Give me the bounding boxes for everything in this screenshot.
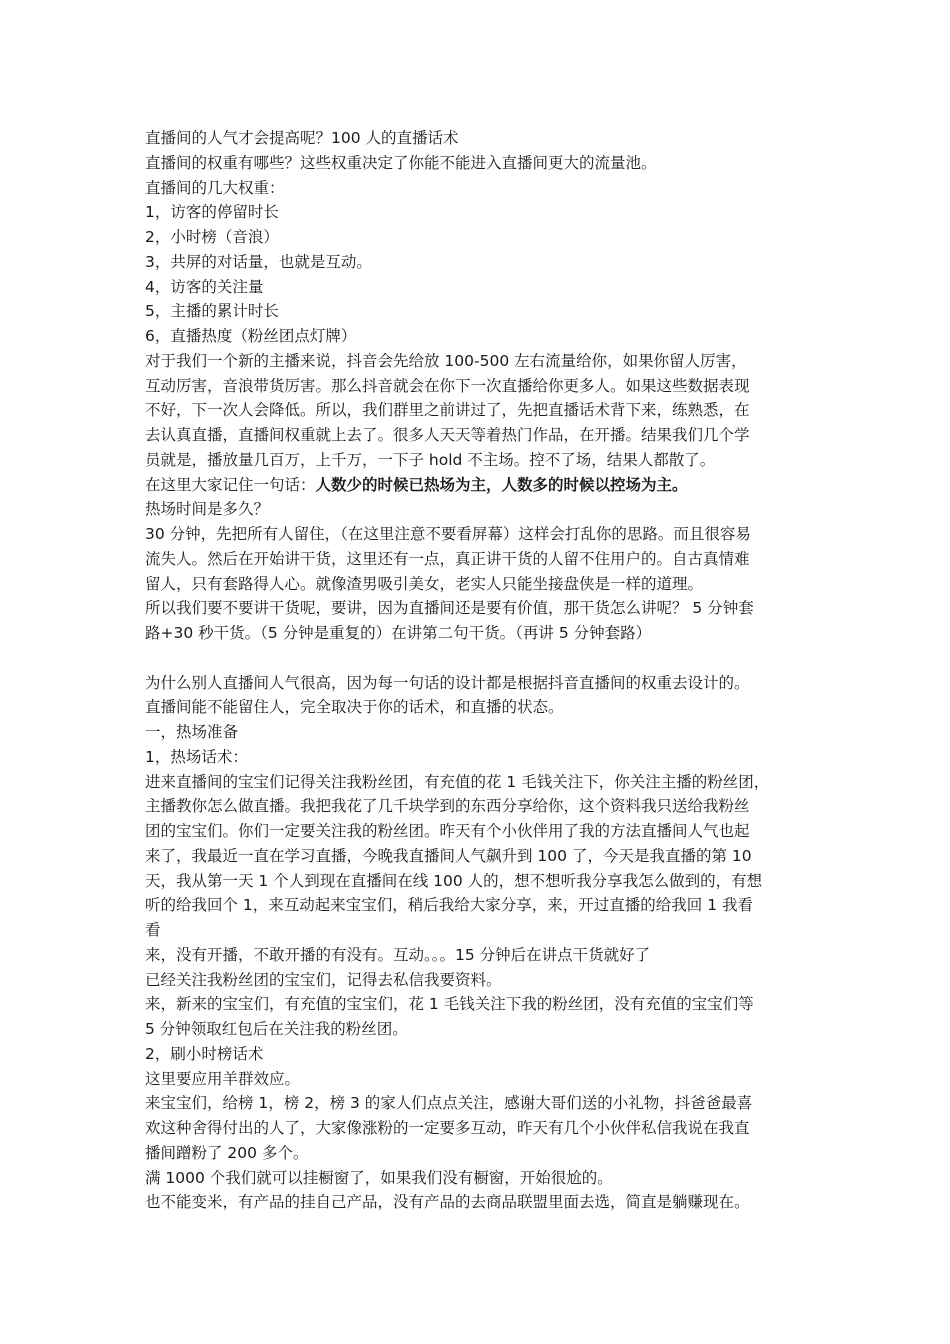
text-line: 满 1000 个我们就可以挂橱窗了，如果我们没有橱窗，开始很尬的。 bbox=[145, 1166, 825, 1191]
text-line: 不好，下一次人会降低。所以，我们群里之前讲过了，先把直播话术背下来，练熟悉，在 bbox=[145, 398, 825, 423]
text-line: 对于我们一个新的主播来说，抖音会先给放 100-500 左右流量给你，如果你留人… bbox=[145, 349, 825, 374]
text-line: 留人，只有套路得人心。就像渣男吸引美女，老实人只能坐接盘侠是一样的道理。 bbox=[145, 572, 825, 597]
subsection-heading: 2，刷小时榜话术 bbox=[145, 1042, 825, 1067]
list-item: 4，访客的关注量 bbox=[145, 275, 825, 300]
section-heading: 热场时间是多久？ bbox=[145, 497, 825, 522]
text-line: 已经关注我粉丝团的宝宝们，记得去私信我要资料。 bbox=[145, 968, 825, 993]
text-line: 这里要应用羊群效应。 bbox=[145, 1067, 825, 1092]
document-page: 直播间的人气才会提高呢？100 人的直播话术 直播间的权重有哪些？这些权重决定了… bbox=[0, 0, 950, 1344]
list-item: 1，访客的停留时长 bbox=[145, 200, 825, 225]
text-line: 去认真直播，直播间权重就上去了。很多人天天等着热门作品，在开播。结果我们几个学 bbox=[145, 423, 825, 448]
text-line: 天，我从第一天 1 个人到现在直播间在线 100 人的，想不想听我分享我怎么做到… bbox=[145, 869, 825, 894]
text-line: 路+30 秒干货。（5 分钟是重复的）在讲第二句干货。（再讲 5 分钟套路） bbox=[145, 621, 825, 646]
list-item: 3，共屏的对话量，也就是互动。 bbox=[145, 250, 825, 275]
subsection-heading: 1，热场话术： bbox=[145, 745, 825, 770]
text-line: 来，没有开播，不敢开播的有没有。互动。。。15 分钟后在讲点干货就好了 bbox=[145, 943, 825, 968]
text-line: 来了，我最近一直在学习直播，今晚我直播间人气飙升到 100 了，今天是我直播的第… bbox=[145, 844, 825, 869]
section-heading: 一，热场准备 bbox=[145, 720, 825, 745]
text-line: 30 分钟，先把所有人留住，（在这里注意不要看屏幕）这样会打乱你的思路。而且很容… bbox=[145, 522, 825, 547]
list-item: 6，直播热度（粉丝团点灯牌） bbox=[145, 324, 825, 349]
text-line: 播间蹭粉了 200 多个。 bbox=[145, 1141, 825, 1166]
section-heading: 直播间的几大权重： bbox=[145, 176, 825, 201]
text-line: 5 分钟领取红包后在关注我的粉丝团。 bbox=[145, 1017, 825, 1042]
text-line: 所以我们要不要讲干货呢，要讲，因为直播间还是要有价值，那干货怎么讲呢？ 5 分钟… bbox=[145, 596, 825, 621]
text-line: 主播教你怎么做直播。我把我花了几千块学到的东西分享给你，这个资料我只送给我粉丝 bbox=[145, 794, 825, 819]
text-line: 来，新来的宝宝们，有充值的宝宝们，花 1 毛钱关注下我的粉丝团，没有充值的宝宝们… bbox=[145, 992, 825, 1017]
text-line: 员就是，播放量几百万，上千万，一下子 hold 不主场。控不了场，结果人都散了。 bbox=[145, 448, 825, 473]
text-line: 来宝宝们，给榜 1，榜 2，榜 3 的家人们点点关注，感谢大哥们送的小礼物，抖爸… bbox=[145, 1091, 825, 1116]
text-line: 听的给我回个 1，来互动起来宝宝们，稍后我给大家分享，来，开过直播的给我回 1 … bbox=[145, 893, 825, 918]
text-line: 直播间能不能留住人，完全取决于你的话术，和直播的状态。 bbox=[145, 695, 825, 720]
list-item: 2，小时榜（音浪） bbox=[145, 225, 825, 250]
text-line: 互动厉害，音浪带货厉害。那么抖音就会在你下一次直播给你更多人。如果这些数据表现 bbox=[145, 374, 825, 399]
text-line: 流失人。然后在开始讲干货，这里还有一点，真正讲干货的人留不住用户的。自古真情难 bbox=[145, 547, 825, 572]
text-line: 也不能变米，有产品的挂自己产品，没有产品的去商品联盟里面去选，简直是躺赚现在。 bbox=[145, 1190, 825, 1215]
key-sentence-lead: 在这里大家记住一句话： bbox=[145, 476, 316, 494]
text-line: 为什么别人直播间人气很高，因为每一句话的设计都是根据抖音直播间的权重去设计的。 bbox=[145, 671, 825, 696]
text-line: 团的宝宝们。你们一定要关注我的粉丝团。昨天有个小伙伴用了我的方法直播间人气也起 bbox=[145, 819, 825, 844]
document-body: 直播间的人气才会提高呢？100 人的直播话术 直播间的权重有哪些？这些权重决定了… bbox=[145, 126, 825, 1215]
document-title: 直播间的人气才会提高呢？100 人的直播话术 bbox=[145, 126, 825, 151]
key-sentence-line: 在这里大家记住一句话：人数少的时候已热场为主，人数多的时候以控场为主。 bbox=[145, 473, 825, 498]
key-sentence-bold: 人数少的时候已热场为主，人数多的时候以控场为主。 bbox=[316, 476, 688, 494]
blank-line bbox=[145, 646, 825, 671]
list-item: 5，主播的累计时长 bbox=[145, 299, 825, 324]
text-line: 直播间的权重有哪些？这些权重决定了你能不能进入直播间更大的流量池。 bbox=[145, 151, 825, 176]
text-line: 欢这种舍得付出的人了，大家像涨粉的一定要多互动，昨天有几个小伙伴私信我说在我直 bbox=[145, 1116, 825, 1141]
text-line: 看 bbox=[145, 918, 825, 943]
text-line: 进来直播间的宝宝们记得关注我粉丝团，有充值的花 1 毛钱关注下，你关注主播的粉丝… bbox=[145, 770, 825, 795]
